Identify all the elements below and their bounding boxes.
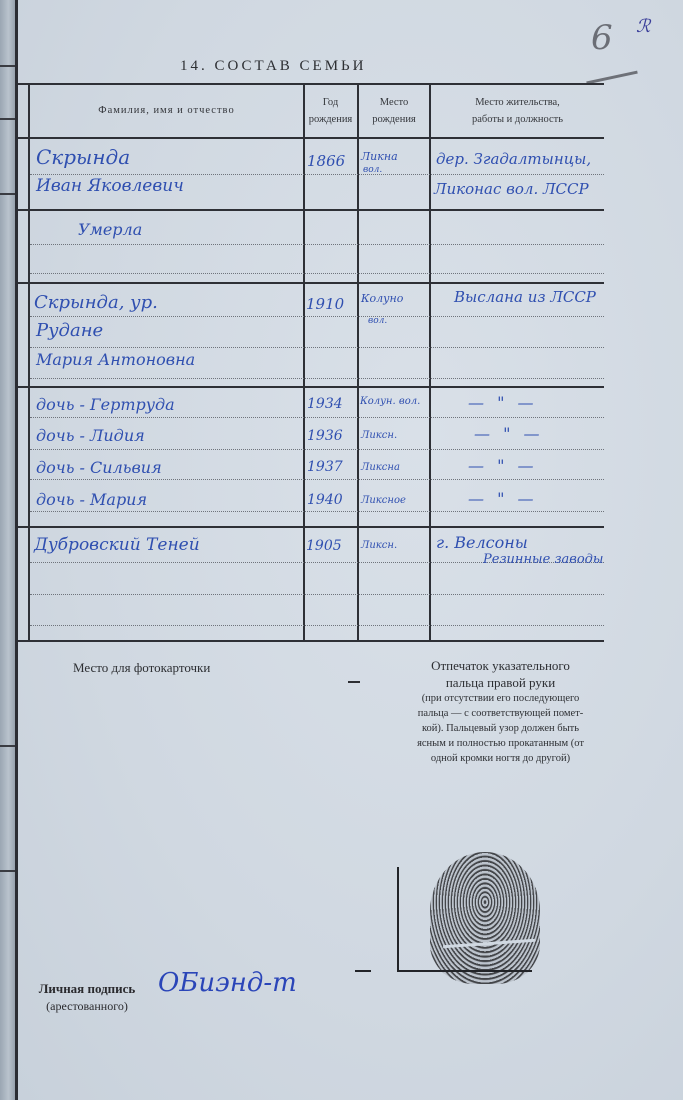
signature-label-sub: (арестованного) (22, 998, 152, 1014)
signature-label-main: Личная подпись (22, 980, 152, 998)
column-divider (303, 83, 305, 642)
dotted-line (30, 378, 604, 379)
dotted-line (30, 479, 604, 480)
residence-ditto: — " — (468, 456, 538, 475)
residence-ditto: — " — (474, 424, 544, 443)
family-member-name: Иван Яковлевич (36, 176, 184, 196)
fingerprint-bracket-horizontal (397, 970, 532, 972)
table-top-border (18, 83, 604, 85)
column-header-name: Фамилия, имя и отчество (30, 102, 303, 119)
family-member-name: Скрында (36, 145, 130, 169)
birth-year: 1936 (307, 428, 343, 444)
residence: Ликонас вол. ЛССР (434, 180, 589, 198)
family-member-name: дочь - Лидия (36, 426, 145, 445)
family-member-name: Рудане (36, 320, 103, 341)
fingerprint-note-line: пальца — с соответствующей помет- (383, 706, 618, 721)
dotted-line (30, 449, 604, 450)
fingerprint-impression (430, 852, 540, 984)
birthplace: Ликна (361, 150, 398, 163)
row-separator (18, 209, 604, 211)
divider-dash (348, 681, 360, 683)
dotted-line (30, 347, 604, 348)
family-member-name: Мария Антоновна (36, 350, 195, 369)
birthplace: вол. (368, 316, 387, 326)
column-header-year: Год рождения (304, 94, 357, 128)
residence: Выслана из ЛССР (454, 288, 596, 306)
binding-mark (0, 870, 16, 872)
column-header-birthplace: Место рождения (359, 94, 429, 128)
fingerprint-title: пальца правой руки (383, 674, 618, 691)
fingerprint-note-line: (при отсутствии его последующего (383, 691, 618, 706)
binding-mark (0, 118, 16, 120)
page-number: 6 (591, 18, 613, 58)
residence: Резинные заводы (483, 552, 604, 567)
fingerprint-title: Отпечаток указательного (383, 657, 618, 674)
residence: дер. Згадалтынцы, (436, 150, 591, 168)
binding-mark (0, 65, 16, 67)
dotted-line (30, 417, 604, 418)
family-member-name: Дубровский Теней (34, 535, 200, 555)
row-separator (18, 526, 604, 528)
family-member-name: дочь - Сильвия (36, 458, 162, 477)
dotted-line (30, 511, 604, 512)
residence: г. Велсоны (436, 533, 528, 552)
table-header-border (18, 137, 604, 139)
signature: ОБиэнд-т (158, 968, 297, 998)
column-header-residence: Место жительства, работы и должность (431, 94, 604, 128)
dotted-line (30, 244, 604, 245)
dotted-line (30, 594, 604, 595)
birth-year: 1937 (307, 459, 343, 475)
fingerprint-instructions: Отпечаток указательного пальца правой ру… (383, 657, 618, 766)
column-divider (429, 83, 431, 642)
fingerprint-note-line: кой). Пальцевый узор должен быть (383, 721, 618, 736)
family-member-name: дочь - Гертруда (36, 395, 175, 414)
birth-year: 1910 (306, 295, 344, 313)
row-separator (18, 282, 604, 284)
section-title: 14. СОСТАВ СЕМЬИ (180, 58, 366, 75)
header-line: работы и должность (431, 111, 604, 128)
table-bottom-border (18, 640, 604, 642)
dotted-line (30, 273, 604, 274)
dotted-line (30, 174, 604, 175)
birthplace: Ликсн. (361, 540, 397, 551)
family-member-status: Умерла (78, 220, 142, 239)
dotted-line (30, 625, 604, 626)
column-divider (357, 83, 359, 642)
binding-mark (0, 745, 16, 747)
document-page: 6 ℛ 14. СОСТАВ СЕМЬИ Фамилия, имя и отче… (18, 0, 683, 1100)
birthplace: вол. (363, 165, 382, 175)
residence-ditto: — " — (468, 489, 538, 508)
fingerprint-bracket-vertical (397, 867, 399, 971)
divider-dash (355, 970, 371, 972)
table-left-border (28, 83, 30, 642)
page-mark: ℛ (636, 16, 650, 37)
birth-year: 1866 (307, 152, 345, 170)
birthplace: Колун. вол. (360, 396, 420, 407)
binding-mark (0, 193, 16, 195)
header-line: рождения (304, 111, 357, 128)
birth-year: 1940 (307, 492, 343, 508)
header-line: Место (359, 94, 429, 111)
birthplace: Ликсна (361, 462, 400, 473)
family-member-name: Скрында, ур. (34, 292, 158, 313)
residence-ditto: — " — (468, 393, 538, 412)
signature-label: Личная подпись (арестованного) (22, 980, 152, 1014)
header-line: Место жительства, (431, 94, 604, 111)
family-member-name: дочь - Мария (36, 490, 147, 509)
fingerprint-note-line: одной кромки ногтя до другой) (383, 751, 618, 766)
birth-year: 1905 (306, 538, 342, 554)
birthplace: Ликсн. (361, 430, 397, 441)
dotted-line (30, 316, 604, 317)
photo-placeholder-label: Место для фотокарточки (73, 660, 210, 676)
fingerprint-note-line: ясным и полностью прокатанным (от (383, 736, 618, 751)
header-line: рождения (359, 111, 429, 128)
header-line: Год (304, 94, 357, 111)
birth-year: 1934 (307, 396, 343, 412)
row-separator (18, 386, 604, 388)
birthplace: Ликсное (361, 495, 406, 506)
birthplace: Колуно (361, 292, 403, 305)
